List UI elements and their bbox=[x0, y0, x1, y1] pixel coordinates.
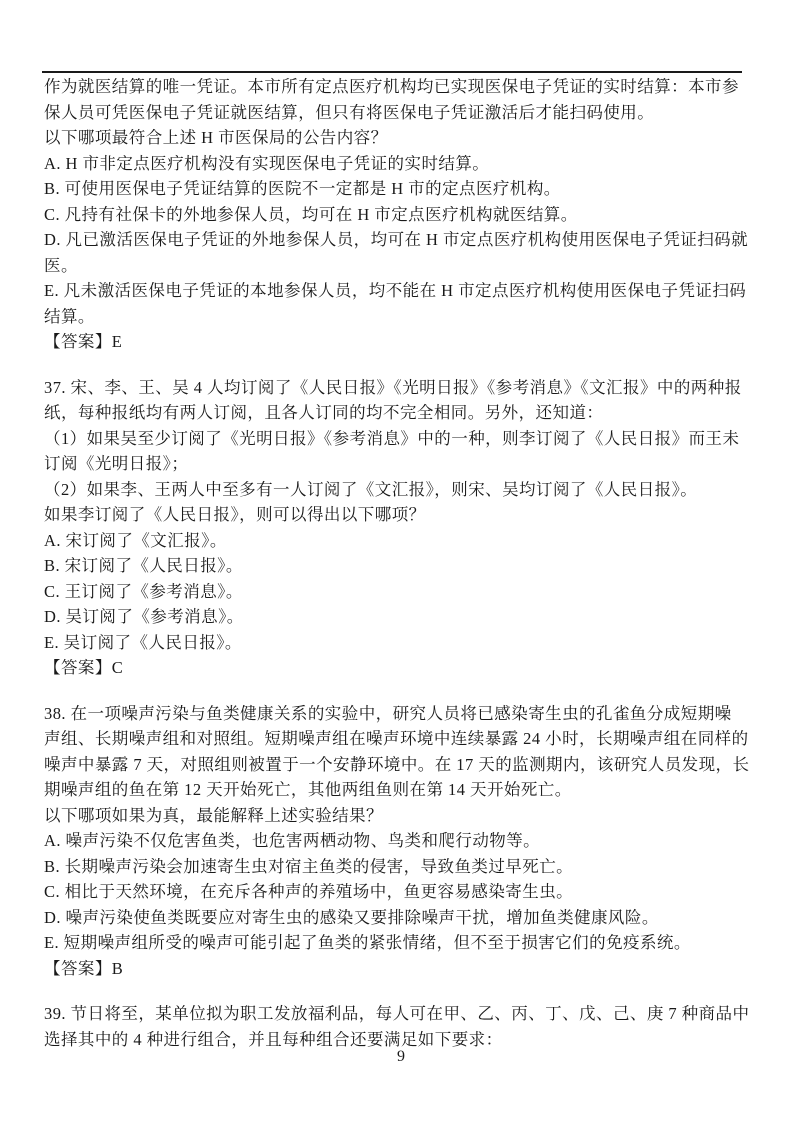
text-line: C. 王订阅了《参考消息》。 bbox=[44, 579, 750, 605]
text-line: 保人员可凭医保电子凭证就医结算，但只有将医保电子凭证激活后才能扫码使用。 bbox=[44, 100, 750, 126]
text-line: D. 噪声污染使鱼类既要应对寄生虫的感染又要排除噪声干扰，增加鱼类健康风险。 bbox=[44, 905, 750, 931]
text-line: B. 可使用医保电子凭证结算的医院不一定都是 H 市的定点医疗机构。 bbox=[44, 176, 750, 202]
text-line: 【答案】C bbox=[44, 655, 750, 681]
text-line: D. 凡已激活医保电子凭证的外地参保人员，均可在 H 市定点医疗机构使用医保电子… bbox=[44, 227, 750, 253]
question-block-question-39: 39. 节日将至，某单位拟为职工发放福利品，每人可在甲、乙、丙、丁、戊、己、庚 … bbox=[44, 1001, 750, 1052]
text-line: A. 宋订阅了《文汇报》。 bbox=[44, 528, 750, 554]
document-body: 作为就医结算的唯一凭证。本市所有定点医疗机构均已实现医保电子凭证的实时结算：本市… bbox=[44, 74, 750, 1052]
text-line: 噪声中暴露 7 天，对照组则被置于一个安静环境中。在 17 天的监测期内，该研究… bbox=[44, 752, 750, 778]
text-line: 以下哪项如果为真，最能解释上述实验结果？ bbox=[44, 803, 750, 829]
text-line: C. 相比于天然环境，在充斥各种声的养殖场中，鱼更容易感染寄生虫。 bbox=[44, 879, 750, 905]
text-line: 以下哪项最符合上述 H 市医保局的公告内容？ bbox=[44, 125, 750, 151]
text-line: （1）如果吴至少订阅了《光明日报》《参考消息》中的一种，则李订阅了《人民日报》而… bbox=[44, 426, 750, 452]
text-line: 作为就医结算的唯一凭证。本市所有定点医疗机构均已实现医保电子凭证的实时结算：本市… bbox=[44, 74, 750, 100]
text-line: E. 短期噪声组所受的噪声可能引起了鱼类的紧张情绪，但不至于损害它们的免疫系统。 bbox=[44, 930, 750, 956]
text-line: B. 宋订阅了《人民日报》。 bbox=[44, 553, 750, 579]
text-line: B. 长期噪声污染会加速寄生虫对宿主鱼类的侵害，导致鱼类过早死亡。 bbox=[44, 854, 750, 880]
exam-document-page: 作为就医结算的唯一凭证。本市所有定点医疗机构均已实现医保电子凭证的实时结算：本市… bbox=[0, 0, 802, 1133]
text-line: A. H 市非定点医疗机构没有实现医保电子凭证的实时结算。 bbox=[44, 151, 750, 177]
text-line: A. 噪声污染不仅危害鱼类，也危害两栖动物、鸟类和爬行动物等。 bbox=[44, 828, 750, 854]
text-line: （2）如果李、王两人中至多有一人订阅了《文汇报》，则宋、吴均订阅了《人民日报》。 bbox=[44, 477, 750, 503]
question-block-continued-question: 作为就医结算的唯一凭证。本市所有定点医疗机构均已实现医保电子凭证的实时结算：本市… bbox=[44, 74, 750, 355]
text-line: E. 凡未激活医保电子凭证的本地参保人员，均不能在 H 市定点医疗机构使用医保电… bbox=[44, 278, 750, 304]
text-line: E. 吴订阅了《人民日报》。 bbox=[44, 630, 750, 656]
text-line: 期噪声组的鱼在第 12 天开始死亡，其他两组鱼则在第 14 天开始死亡。 bbox=[44, 777, 750, 803]
text-line: 声组、长期噪声组和对照组。短期噪声组在噪声环境中连续暴露 24 小时，长期噪声组… bbox=[44, 726, 750, 752]
question-block-question-37: 37. 宋、李、王、吴 4 人均订阅了《人民日报》《光明日报》《参考消息》《文汇… bbox=[44, 375, 750, 681]
question-block-question-38: 38. 在一项噪声污染与鱼类健康关系的实验中，研究人员将已感染寄生虫的孔雀鱼分成… bbox=[44, 701, 750, 982]
header-divider-line bbox=[42, 71, 742, 73]
text-line: 纸，每种报纸均有两人订阅，且各人订同的均不完全相同。另外，还知道： bbox=[44, 400, 750, 426]
text-line: 38. 在一项噪声污染与鱼类健康关系的实验中，研究人员将已感染寄生虫的孔雀鱼分成… bbox=[44, 701, 750, 727]
text-line: D. 吴订阅了《参考消息》。 bbox=[44, 604, 750, 630]
text-line: 【答案】E bbox=[44, 329, 750, 355]
text-line: 医。 bbox=[44, 253, 750, 279]
text-line: 37. 宋、李、王、吴 4 人均订阅了《人民日报》《光明日报》《参考消息》《文汇… bbox=[44, 375, 750, 401]
page-number: 9 bbox=[0, 1046, 802, 1068]
text-line: 结算。 bbox=[44, 304, 750, 330]
text-line: 39. 节日将至，某单位拟为职工发放福利品，每人可在甲、乙、丙、丁、戊、己、庚 … bbox=[44, 1001, 750, 1027]
text-line: 【答案】B bbox=[44, 956, 750, 982]
text-line: 如果李订阅了《人民日报》，则可以得出以下哪项？ bbox=[44, 502, 750, 528]
text-line: 订阅《光明日报》； bbox=[44, 451, 750, 477]
text-line: C. 凡持有社保卡的外地参保人员，均可在 H 市定点医疗机构就医结算。 bbox=[44, 202, 750, 228]
